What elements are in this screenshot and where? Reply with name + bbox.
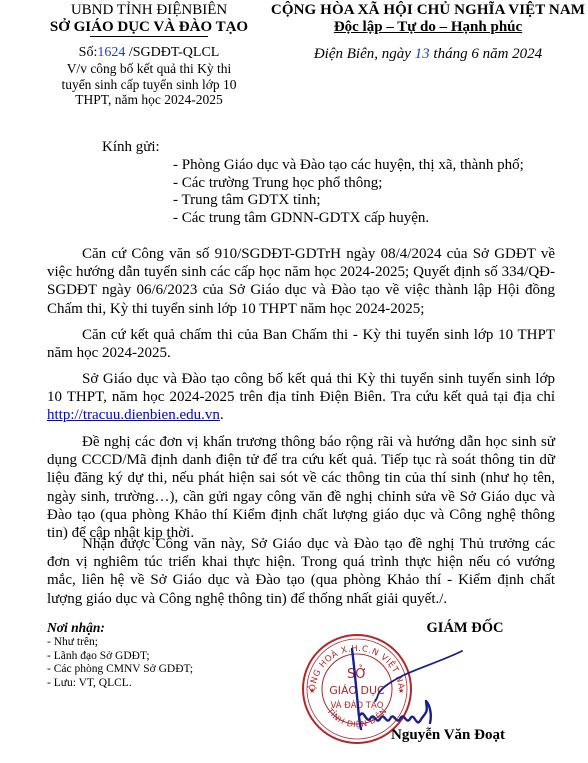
- svg-text:★: ★: [309, 687, 315, 695]
- body-paragraph-legal-basis: Căn cứ Công văn số 910/SGDĐT-GDTrH ngày …: [47, 245, 555, 318]
- subject-line: V/v công bố kết quả thi Kỳ thi: [18, 61, 280, 77]
- issuer-header: UBND TỈNH ĐIỆNBIÊN SỞ GIÁO DỤC VÀ ĐÀO TẠ…: [18, 2, 280, 108]
- issuing-agency: UBND TỈNH ĐIỆNBIÊN: [18, 2, 280, 19]
- doc-number-value: 1624: [97, 45, 125, 60]
- national-title: CỘNG HÒA XÃ HỘI CHỦ NGHĨA VIỆT NAM: [270, 2, 586, 19]
- recipient-item: - Các trung tâm GDNN-GDTX cấp huyện.: [173, 210, 524, 228]
- receivers-title: Nơi nhận:: [47, 620, 193, 636]
- announcement-end: .: [220, 407, 224, 423]
- header-underline: [90, 36, 208, 37]
- receiver-item: - Các phòng CMNV Sở GDĐT;: [47, 663, 193, 677]
- place-and-date: Điện Biên, ngày 13 tháng 6 năm 2024: [270, 46, 586, 63]
- body-paragraph-grading-basis: Căn cứ kết quả chấm thi của Ban Chấm thi…: [47, 326, 555, 362]
- results-lookup-link[interactable]: http://tracuu.dienbien.edu.vn: [47, 407, 220, 423]
- body-paragraph-request: Đề nghị các đơn vị khẩn trương thông báo…: [47, 433, 555, 542]
- recipient-list: - Phòng Giáo dục và Đào tạo các huyện, t…: [173, 157, 524, 227]
- recipient-item: - Phòng Giáo dục và Đào tạo các huyện, t…: [173, 157, 524, 175]
- receiver-item: - Như trên;: [47, 636, 193, 650]
- place-date-prefix: Điện Biên, ngày: [314, 46, 415, 62]
- signer-name: Nguyễn Văn Đoạt: [348, 727, 548, 744]
- receiver-item: - Lưu: VT, QLCL.: [47, 677, 193, 691]
- recipient-item: - Các trường Trung học phổ thông;: [173, 175, 524, 193]
- national-motto: Độc lập – Tự do – Hạnh phúc: [270, 19, 586, 36]
- place-date-suffix: tháng 6 năm 2024: [430, 46, 543, 62]
- body-paragraph-closing: Nhận được Công văn này, Sở Giáo dục và Đ…: [47, 535, 555, 608]
- national-header: CỘNG HÒA XÃ HỘI CHỦ NGHĨA VIỆT NAM Độc l…: [270, 2, 586, 63]
- greeting: Kính gửi:: [102, 138, 160, 156]
- subject-line: THPT, năm học 2024-2025: [18, 92, 280, 108]
- subject-line: tuyển sinh cấp tuyển sinh lớp 10: [18, 77, 280, 93]
- handwritten-signature-icon: [346, 645, 466, 735]
- receivers-block: Nơi nhận: - Như trên; - Lãnh đạo Sở GDĐT…: [47, 620, 193, 690]
- recipient-item: - Trung tâm GDTX tỉnh;: [173, 192, 524, 210]
- body-paragraph-announcement: Sở Giáo dục và Đào tạo công bố kết quả t…: [47, 370, 555, 425]
- receiver-item: - Lãnh đạo Sở GDĐT;: [47, 650, 193, 664]
- department-name: SỞ GIÁO DỤC VÀ ĐÀO TẠO: [18, 19, 280, 36]
- date-day: 13: [415, 46, 430, 62]
- doc-number-suffix: /SGDĐT-QLCL: [125, 45, 219, 60]
- document-number: Số:1624 /SGDĐT-QLCL: [18, 45, 280, 61]
- doc-number-prefix: Số:: [79, 45, 98, 60]
- announcement-text: Sở Giáo dục và Đào tạo công bố kết quả t…: [47, 371, 555, 405]
- document-subject: V/v công bố kết quả thi Kỳ thi tuyển sin…: [18, 61, 280, 108]
